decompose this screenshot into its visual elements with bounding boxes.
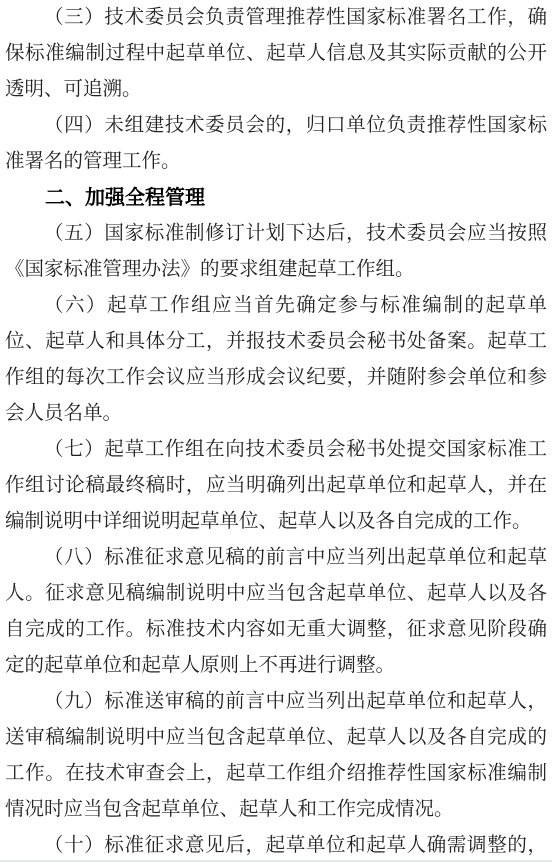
section-heading: 二、加强全程管理 bbox=[0, 180, 552, 216]
text-line: 作组讨论稿最终稿时，应当明确列出起草单位和起草人，并在 bbox=[0, 468, 552, 504]
text-line: 编制说明中详细说明起草单位、起草人以及各自完成的工作。 bbox=[0, 504, 552, 540]
text-line: 自完成的工作。标准技术内容如无重大调整，征求意见阶段确 bbox=[0, 612, 552, 648]
text-line: 工作。在技术审查会上，起草工作组介绍推荐性国家标准编制 bbox=[0, 756, 552, 792]
text-line: 准署名的管理工作。 bbox=[0, 144, 552, 180]
text-line: 定的起草单位和起草人原则上不再进行调整。 bbox=[0, 648, 552, 684]
text-line: （十）标准征求意见后，起草单位和起草人确需调整的， bbox=[0, 828, 552, 864]
text-line: 位、起草人和具体分工，并报技术委员会秘书处备案。起草工 bbox=[0, 324, 552, 360]
text-line: 情况时应当包含起草单位、起草人和工作完成情况。 bbox=[0, 792, 552, 828]
text-line: 保标准编制过程中起草单位、起草人信息及其实际贡献的公开 bbox=[0, 36, 552, 72]
text-line: （九）标准送审稿的前言中应当列出起草单位和起草人， bbox=[0, 684, 552, 720]
text-line: 《国家标准管理办法》的要求组建起草工作组。 bbox=[0, 252, 552, 288]
text-line: 会人员名单。 bbox=[0, 396, 552, 432]
text-line: 人。征求意见稿编制说明中应当包含起草单位、起草人以及各 bbox=[0, 576, 552, 612]
text-line: （四）未组建技术委员会的，归口单位负责推荐性国家标 bbox=[0, 108, 552, 144]
text-line: （六）起草工作组应当首先确定参与标准编制的起草单 bbox=[0, 288, 552, 324]
page-bottom-divider bbox=[0, 860, 552, 862]
text-line: （七）起草工作组在向技术委员会秘书处提交国家标准工 bbox=[0, 432, 552, 468]
text-line: 透明、可追溯。 bbox=[0, 72, 552, 108]
text-line: （五）国家标准制修订计划下达后，技术委员会应当按照 bbox=[0, 216, 552, 252]
text-line: 作组的每次工作会议应当形成会议纪要，并随附参会单位和参 bbox=[0, 360, 552, 396]
text-line: （八）标准征求意见稿的前言中应当列出起草单位和起草 bbox=[0, 540, 552, 576]
text-line: （三）技术委员会负责管理推荐性国家标准署名工作，确 bbox=[0, 0, 552, 36]
document-page: （三）技术委员会负责管理推荐性国家标准署名工作，确 保标准编制过程中起草单位、起… bbox=[0, 0, 552, 865]
text-line: 送审稿编制说明中应当包含起草单位、起草人以及各自完成的 bbox=[0, 720, 552, 756]
